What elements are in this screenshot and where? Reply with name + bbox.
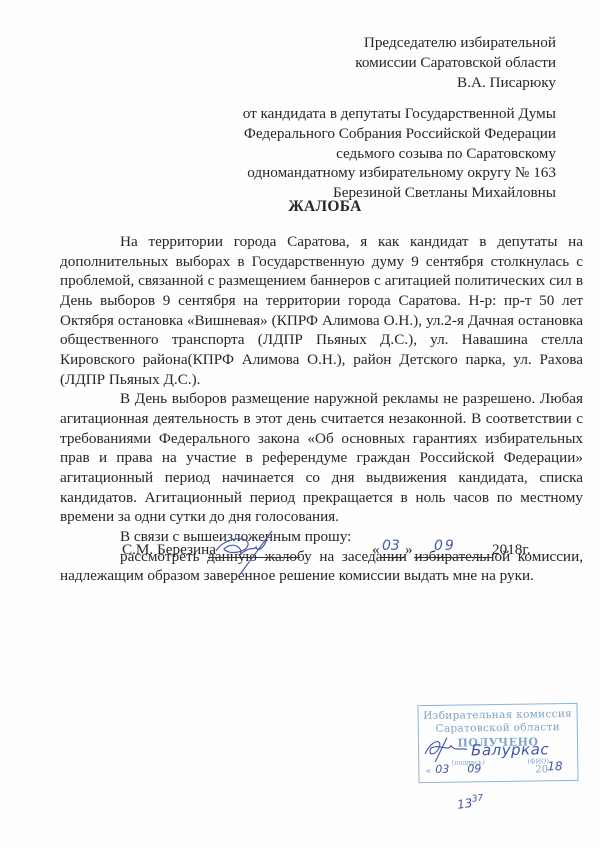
addressee-line: комиссии Саратовской области — [355, 53, 556, 73]
date-close-quote: » — [405, 541, 413, 559]
paragraph-legal-basis: В День выборов размещение наружной рекла… — [60, 389, 583, 527]
addressee-line: Председателю избирательной — [355, 33, 556, 53]
stamp-date-month: 09 — [467, 762, 481, 775]
sender-line: Федерального Собрания Российской Федерац… — [243, 124, 556, 144]
complaint-document: Председателю избирательной комиссии Сара… — [0, 0, 600, 848]
received-time-note: 1337 — [456, 793, 485, 812]
date-day-handwritten: 03 — [382, 538, 400, 554]
date-day-line — [380, 557, 405, 558]
addressee-block: Председателю избирательной комиссии Сара… — [355, 33, 556, 93]
document-title: ЖАЛОБА — [0, 198, 600, 216]
date-open-quote: « — [372, 541, 380, 559]
stamp-year-handwritten: 18 — [547, 759, 562, 773]
sender-line: одномандатному избирательному округу № 1… — [243, 163, 556, 183]
signature-row: С.М. Березина « 03 » 09 2018г. — [0, 541, 600, 571]
sender-block: от кандидата в депутаты Государственной … — [243, 104, 556, 203]
time-minutes: 37 — [471, 793, 484, 804]
handwritten-signature-icon — [210, 529, 300, 579]
stamp-org-line: Избирательная комиссия — [419, 708, 577, 722]
sender-line: от кандидата в депутаты Государственной … — [243, 104, 556, 124]
received-stamp: Избирательная комиссия Саратовской облас… — [417, 703, 578, 783]
stamp-date-day: 03 — [435, 763, 449, 776]
addressee-line: В.А. Писарюку — [355, 73, 556, 93]
stamp-date-prefix: « — [425, 766, 431, 777]
sender-line: седьмого созыва по Саратовскому — [243, 144, 556, 164]
signer-name: С.М. Березина — [122, 541, 216, 559]
date-year: 2018г. — [492, 541, 531, 559]
stamp-year-printed: 20 — [535, 764, 548, 775]
date-month-handwritten: 09 — [434, 538, 456, 554]
paragraph-situation: На территории города Саратова, я как кан… — [60, 232, 583, 389]
complaint-body: На территории города Саратова, я как кан… — [60, 232, 583, 586]
date-month-line — [414, 557, 492, 558]
